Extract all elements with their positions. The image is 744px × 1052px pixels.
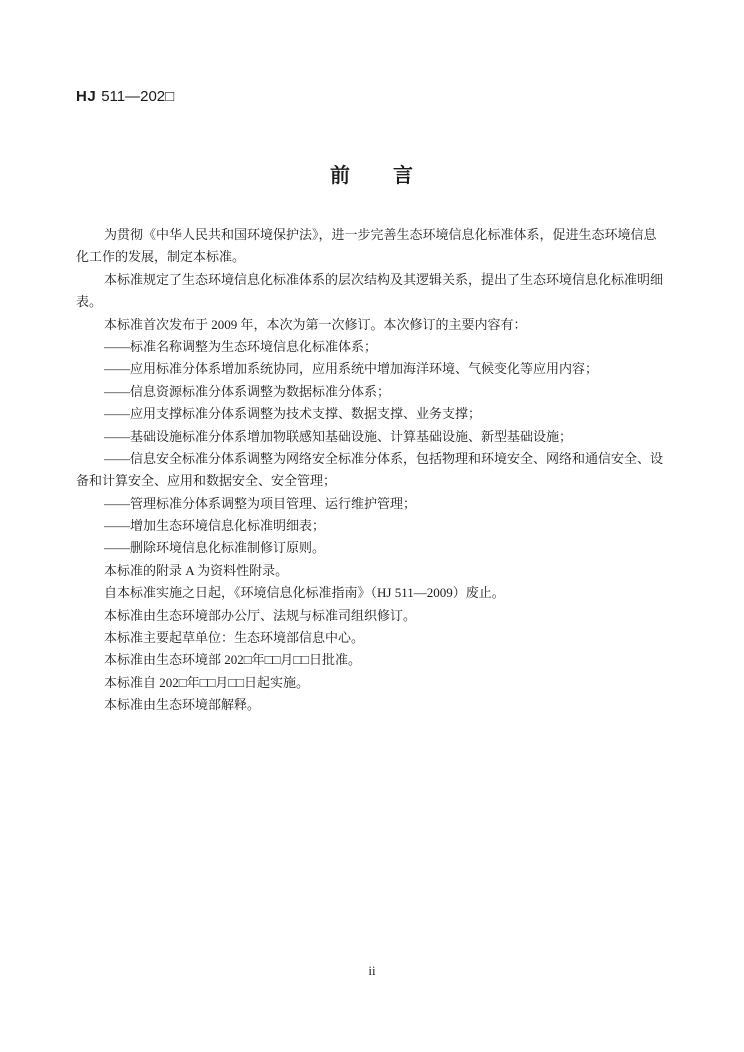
body-line: 本标准由生态环境部解释。 <box>76 694 668 716</box>
body-line: 为贯彻《中华人民共和国环境保护法》，进一步完善生态环境信息化标准体系，促进生态环… <box>76 224 668 246</box>
body-line: 本标准规定了生态环境信息化标准体系的层次结构及其逻辑关系，提出了生态环境信息化标… <box>76 269 668 291</box>
foreword-body: 为贯彻《中华人民共和国环境保护法》，进一步完善生态环境信息化标准体系，促进生态环… <box>76 224 668 717</box>
standard-code-header: HJ511—202□ <box>76 88 174 105</box>
body-line: 本标准首次发布于 2009 年，本次为第一次修订。本次修订的主要内容有： <box>76 314 668 336</box>
body-line: ——删除环境信息化标准制修订原则。 <box>76 537 668 559</box>
page-number: ii <box>0 963 744 979</box>
body-line: ——应用标准分体系增加系统协同，应用系统中增加海洋环境、气候变化等应用内容； <box>76 358 668 380</box>
body-line: ——标准名称调整为生态环境信息化标准体系； <box>76 336 668 358</box>
body-line: ——管理标准分体系调整为项目管理、运行维护管理； <box>76 493 668 515</box>
body-line: 自本标准实施之日起，《环境信息化标准指南》（HJ 511—2009）废止。 <box>76 582 668 604</box>
body-line: ——信息安全标准分体系调整为网络安全标准分体系，包括物理和环境安全、网络和通信安… <box>76 448 668 470</box>
body-line: 本标准自 202□年□□月□□日起实施。 <box>76 672 668 694</box>
document-page: HJ511—202□ 前 言 为贯彻《中华人民共和国环境保护法》，进一步完善生态… <box>0 0 744 1052</box>
body-line: ——信息资源标准分体系调整为数据标准分体系； <box>76 381 668 403</box>
body-line: 备和计算安全、应用和数据安全、安全管理； <box>76 470 668 492</box>
foreword-title: 前 言 <box>0 159 744 188</box>
body-line: ——应用支撑标准分体系调整为技术支撑、数据支撑、业务支撑； <box>76 403 668 425</box>
standard-code-number: 511—202□ <box>101 88 174 105</box>
body-line: 本标准主要起草单位：生态环境部信息中心。 <box>76 627 668 649</box>
body-line: 本标准的附录 A 为资料性附录。 <box>76 560 668 582</box>
body-line: 表。 <box>76 291 668 313</box>
body-line: ——基础设施标准分体系增加物联感知基础设施、计算基础设施、新型基础设施； <box>76 426 668 448</box>
standard-code-prefix: HJ <box>76 88 96 105</box>
body-line: ——增加生态环境信息化标准明细表； <box>76 515 668 537</box>
body-line: 化工作的发展，制定本标准。 <box>76 246 668 268</box>
body-line: 本标准由生态环境部 202□年□□月□□日批准。 <box>76 649 668 671</box>
body-line: 本标准由生态环境部办公厅、法规与标准司组织修订。 <box>76 605 668 627</box>
